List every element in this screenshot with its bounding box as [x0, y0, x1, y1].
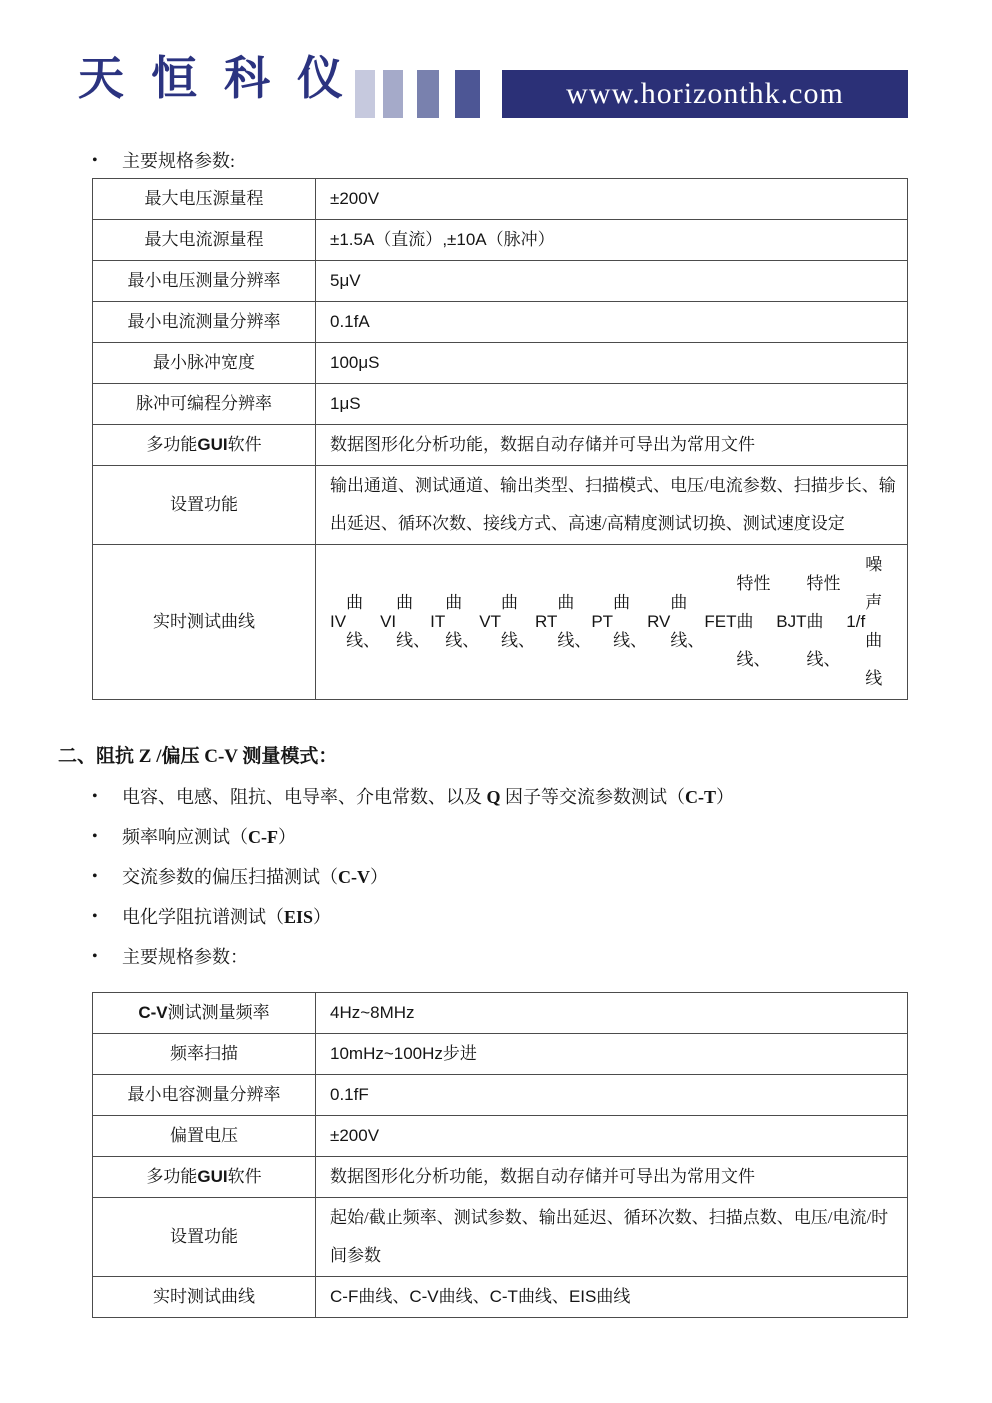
bullet-label: 电化学阻抗谱测试（EIS） — [122, 907, 331, 927]
bullet-icon: • — [92, 786, 122, 808]
row-label: 偏置电压 — [93, 1116, 316, 1156]
company-logo-text: 天恒科仪 — [78, 56, 370, 102]
brand-bar-2 — [383, 70, 403, 118]
table-row: 最大电流源量程 ±1.5A（直流）,±10A（脉冲） — [93, 220, 907, 261]
dc-specs-bullet: •主要规格参数: — [92, 150, 992, 172]
row-label: 设置功能 — [93, 1198, 316, 1276]
cv-bullet-list: •电容、电感、阻抗、电导率、介电常数、以及 Q 因子等交流参数测试（C-T） •… — [92, 786, 992, 968]
cv-section-heading: 二、阻抗 Z /偏压 C-V 测量模式： — [58, 744, 992, 770]
row-value: ±1.5A（直流）,±10A（脉冲） — [316, 220, 907, 260]
table-row: 频率扫描 10mHz~100Hz 步进 — [93, 1034, 907, 1075]
bullet-label: 主要规格参数： — [122, 947, 248, 967]
row-label: C-V 测试测量频率 — [93, 993, 316, 1033]
row-value: 起始/截止频率、测试参数、输出延迟、循环次数、扫描点数、电压/电流/时间参数 — [316, 1198, 907, 1276]
list-item: •电化学阻抗谱测试（EIS） — [92, 906, 992, 928]
row-label: 最小电压测量分辨率 — [93, 261, 316, 301]
table-row: 多功能 GUI 软件 数据图形化分析功能，数据自动存储并可导出为常用文件 — [93, 1157, 907, 1198]
row-label: 实时测试曲线 — [93, 1277, 316, 1317]
list-item: •电容、电感、阻抗、电导率、介电常数、以及 Q 因子等交流参数测试（C-T） — [92, 786, 992, 808]
dc-spec-table: 最大电压源量程 ±200V 最大电流源量程 ±1.5A（直流）,±10A（脉冲）… — [92, 178, 908, 700]
brand-bar-3 — [417, 70, 439, 118]
document-page: 天恒科仪 www.horizonthk.com •主要规格参数: 最大电压源量程… — [0, 0, 992, 1403]
bullet-icon: • — [92, 150, 122, 172]
row-value: ±200V — [316, 179, 907, 219]
row-value: 4Hz~8MHz — [316, 993, 907, 1033]
row-label: 设置功能 — [93, 466, 316, 544]
website-url: www.horizonthk.com — [566, 77, 844, 111]
bullet-icon: • — [92, 906, 122, 928]
table-row: 最大电压源量程 ±200V — [93, 179, 907, 220]
row-label: 频率扫描 — [93, 1034, 316, 1074]
table-row: 最小脉冲宽度 100μS — [93, 343, 907, 384]
table-row: 实时测试曲线 IV 曲线、VI 曲线、IT 曲线、VT 曲线、RT 曲线、PT … — [93, 545, 907, 700]
row-label: 最小电流测量分辨率 — [93, 302, 316, 342]
row-value: ±200V — [316, 1116, 907, 1156]
bullet-label: 交流参数的偏压扫描测试（C-V） — [122, 867, 388, 887]
brand-bar-1 — [355, 70, 375, 118]
table-row: 最小电流测量分辨率 0.1fA — [93, 302, 907, 343]
row-label: 最大电压源量程 — [93, 179, 316, 219]
row-value: C-F 曲线、C-V 曲线、C-T 曲线、EIS 曲线 — [316, 1277, 907, 1317]
table-row: C-V 测试测量频率 4Hz~8MHz — [93, 993, 907, 1034]
bullet-icon: • — [92, 826, 122, 848]
row-value: 1μS — [316, 384, 907, 424]
row-value: 5μV — [316, 261, 907, 301]
cv-spec-table: C-V 测试测量频率 4Hz~8MHz 频率扫描 10mHz~100Hz 步进 … — [92, 992, 908, 1318]
list-item: •交流参数的偏压扫描测试（C-V） — [92, 866, 992, 888]
row-value: 100μS — [316, 343, 907, 383]
row-value: 10mHz~100Hz 步进 — [316, 1034, 907, 1074]
list-item: •主要规格参数： — [92, 946, 992, 968]
row-label: 实时测试曲线 — [93, 545, 316, 699]
bullet-icon: • — [92, 946, 122, 968]
dc-specs-bullet-label: 主要规格参数: — [122, 151, 235, 171]
table-row: 偏置电压 ±200V — [93, 1116, 907, 1157]
table-row: 脉冲可编程分辨率 1μS — [93, 384, 907, 425]
bullet-label: 电容、电感、阻抗、电导率、介电常数、以及 Q 因子等交流参数测试（C-T） — [122, 787, 734, 807]
row-value: 输出通道、测试通道、输出类型、扫描模式、电压/电流参数、扫描步长、输出延迟、循环… — [316, 466, 907, 544]
website-banner: www.horizonthk.com — [502, 70, 908, 118]
row-label: 最大电流源量程 — [93, 220, 316, 260]
row-label: 多功能 GUI 软件 — [93, 425, 316, 465]
row-label: 多功能 GUI 软件 — [93, 1157, 316, 1197]
bullet-label: 频率响应测试（C-F） — [122, 827, 296, 847]
row-value: 数据图形化分析功能，数据自动存储并可导出为常用文件 — [316, 1157, 907, 1197]
row-label: 脉冲可编程分辨率 — [93, 384, 316, 424]
brand-bar-4 — [455, 70, 480, 118]
bullet-icon: • — [92, 866, 122, 888]
row-value: 0.1fF — [316, 1075, 907, 1115]
row-label: 最小电容测量分辨率 — [93, 1075, 316, 1115]
table-row: 多功能 GUI 软件 数据图形化分析功能，数据自动存储并可导出为常用文件 — [93, 425, 907, 466]
page-header: 天恒科仪 www.horizonthk.com — [0, 0, 992, 120]
table-row: 设置功能 起始/截止频率、测试参数、输出延迟、循环次数、扫描点数、电压/电流/时… — [93, 1198, 907, 1277]
table-row: 最小电容测量分辨率 0.1fF — [93, 1075, 907, 1116]
row-value: 数据图形化分析功能，数据自动存储并可导出为常用文件 — [316, 425, 907, 465]
table-row: 最小电压测量分辨率 5μV — [93, 261, 907, 302]
list-item: •频率响应测试（C-F） — [92, 826, 992, 848]
row-label: 最小脉冲宽度 — [93, 343, 316, 383]
table-row: 设置功能 输出通道、测试通道、输出类型、扫描模式、电压/电流参数、扫描步长、输出… — [93, 466, 907, 545]
table-row: 实时测试曲线 C-F 曲线、C-V 曲线、C-T 曲线、EIS 曲线 — [93, 1277, 907, 1318]
row-value: 0.1fA — [316, 302, 907, 342]
row-value: IV 曲线、VI 曲线、IT 曲线、VT 曲线、RT 曲线、PT 曲线、RV 曲… — [316, 545, 907, 699]
